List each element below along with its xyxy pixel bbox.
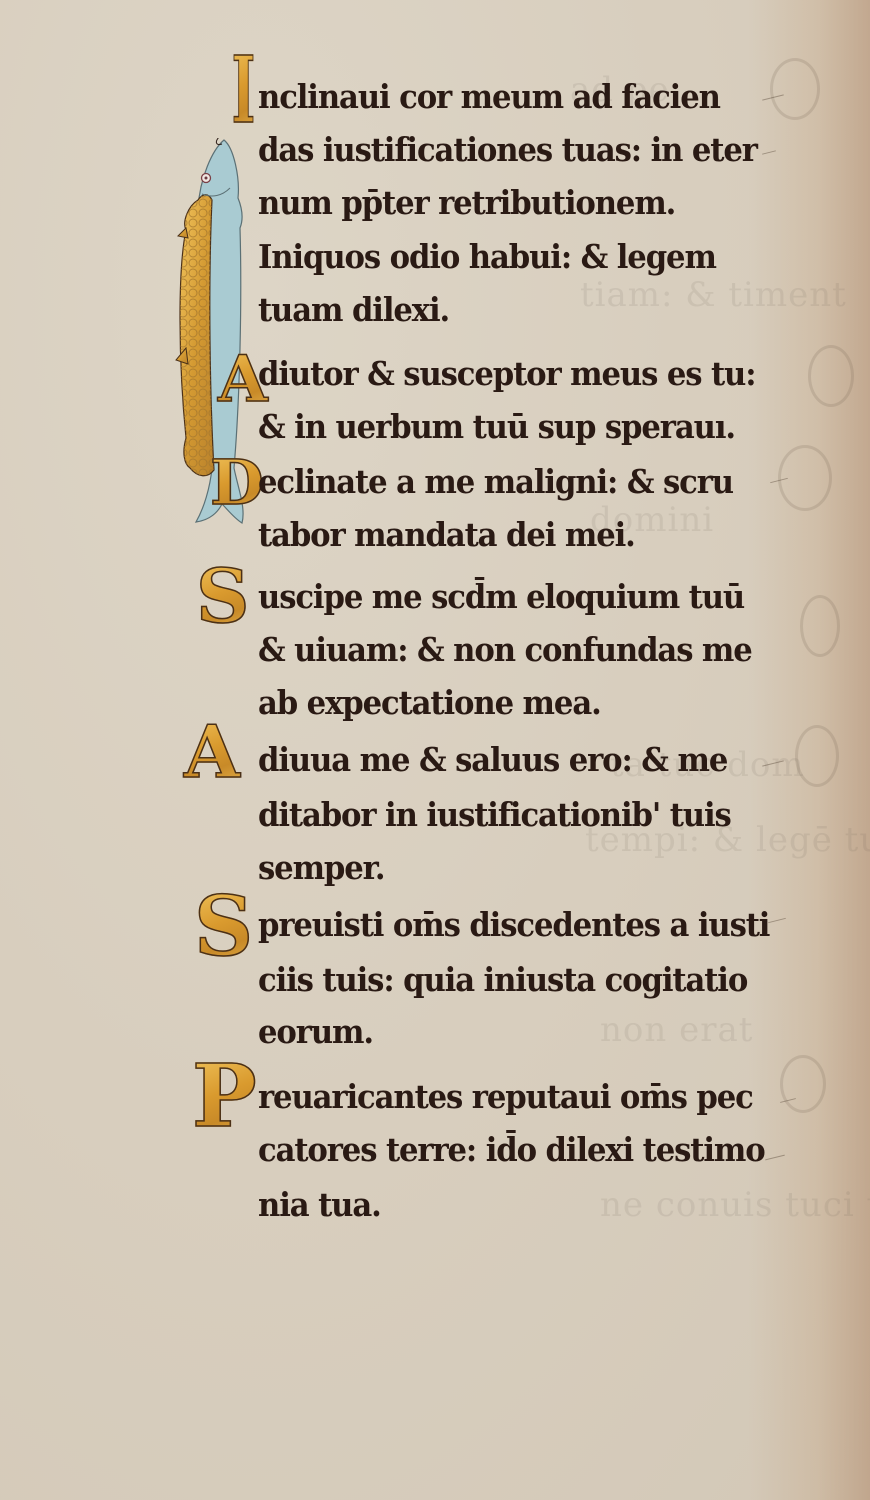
- initial-S: S: [196, 560, 249, 634]
- verse-line: tabor mandata dei mei.: [258, 515, 635, 555]
- initial-A: A: [184, 716, 240, 788]
- show-through-text: tiam: & timent: [580, 275, 847, 315]
- verse-line: Iniquos odio habui: & legem: [258, 237, 716, 277]
- verse-line: ab expectatione mea.: [258, 683, 601, 723]
- verse-line: ciis tuis: quia iniusta cogitatio: [258, 960, 747, 1000]
- ruling-mark: [762, 150, 776, 154]
- verse-line: nclinaui cor meum ad facien: [258, 77, 720, 117]
- initial-P: P: [192, 1054, 257, 1140]
- verse-line: preuisti om̄s discedentes a iusti: [258, 905, 769, 945]
- verse-line: diutor & susceptor meus es tu:: [258, 354, 755, 394]
- verse-line: reuaricantes reputaui om̄s pec: [258, 1077, 753, 1117]
- show-through-text: ne conuis tuci teim: [600, 1185, 870, 1225]
- verse-line: eclinate a me maligni: & scru: [258, 462, 733, 502]
- ruling-mark: [768, 918, 786, 923]
- initial-I: I: [232, 44, 256, 136]
- show-through-initial: [800, 595, 840, 657]
- verse-line: tuam dilexi.: [258, 290, 449, 330]
- verse-line: & in uerbum tuū sup sperauı.: [258, 407, 735, 447]
- show-through-initial: [808, 345, 854, 407]
- verse-line: diuua me & saluus ero: & me: [258, 740, 727, 780]
- show-through-initial: [770, 58, 820, 120]
- show-through-text: non erat: [600, 1010, 753, 1050]
- verse-line: num pp̄ter retributionem.: [258, 183, 675, 223]
- ruling-mark: [765, 1155, 785, 1161]
- verse-line: eorum.: [258, 1012, 373, 1052]
- initial-D: D: [210, 452, 264, 514]
- verse-line: semper.: [258, 848, 384, 888]
- verse-line: das iustificationes tuas: in eter: [258, 130, 757, 170]
- verse-line: & uiuam: & non confundas me: [258, 630, 752, 670]
- verse-line: uscipe me scd̄m eloquium tuū: [258, 577, 744, 617]
- verse-line: ditabor in iustificationib' tuis: [258, 795, 731, 835]
- initial-S: S: [194, 886, 253, 968]
- verse-line: catores terre: id̄o dilexi testimo: [258, 1130, 765, 1170]
- verse-line: nia tua.: [258, 1185, 381, 1225]
- show-through-initial: [780, 1055, 826, 1113]
- manuscript-page: ad pe tiam: & timent domini ta tuc dom t…: [0, 0, 870, 1500]
- show-through-initial: [795, 725, 839, 787]
